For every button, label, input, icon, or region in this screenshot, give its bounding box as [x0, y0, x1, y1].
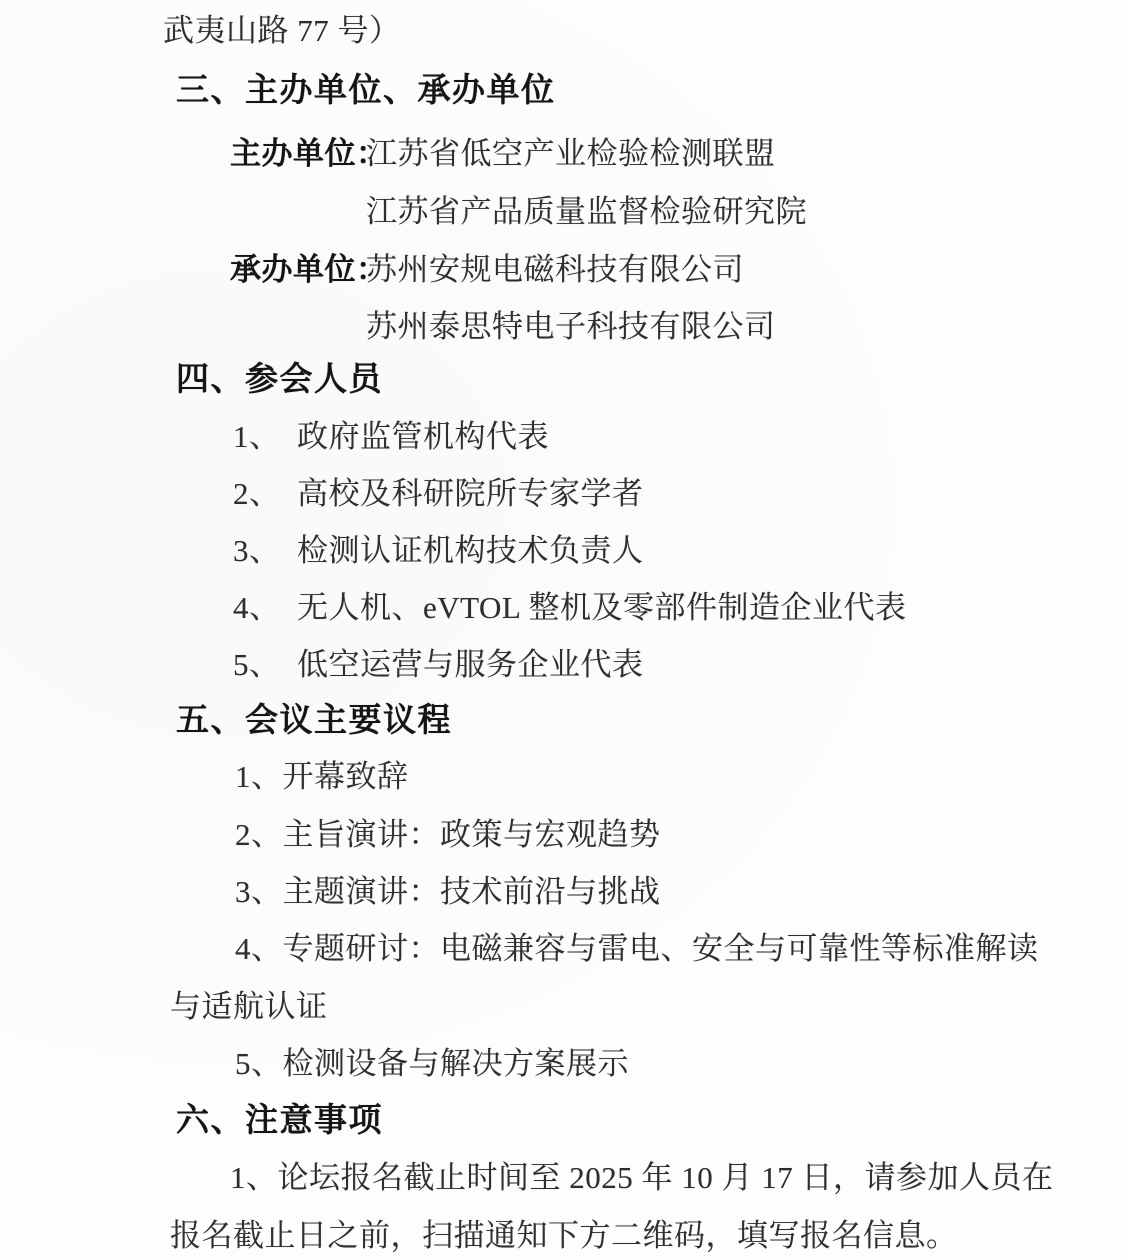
- agenda-item-5: 5、检测设备与解决方案展示: [235, 1046, 629, 1082]
- host-unit-name-2: 江苏省产品质量监督检验研究院: [366, 194, 807, 230]
- agenda-item-4-continuation: 与适航认证: [170, 989, 328, 1025]
- section-5-heading: 五、会议主要议程: [176, 701, 452, 739]
- notice-line-2: 报名截止日之前，扫描通知下方二维码，填写报名信息。: [170, 1218, 958, 1254]
- attendee-item-3: 3、检测认证机构技术负责人: [233, 533, 644, 569]
- host-unit-name-1: 江苏省低空产业检验检测联盟: [366, 136, 776, 172]
- attendee-item-4-text: 无人机、eVTOL 整机及零部件制造企业代表: [297, 590, 906, 625]
- document-page: 武夷山路 77 号） 三、主办单位、承办单位 主办单位： 江苏省低空产业检验检测…: [0, 0, 1128, 1259]
- attendee-item-2-number: 2、: [233, 476, 297, 512]
- agenda-item-2: 2、主旨演讲：政策与宏观趋势: [235, 817, 661, 853]
- attendee-item-4: 4、无人机、eVTOL 整机及零部件制造企业代表: [233, 590, 906, 626]
- organizer-unit-name-2: 苏州泰思特电子科技有限公司: [366, 309, 776, 345]
- organizer-unit-name-1: 苏州安规电磁科技有限公司: [366, 252, 744, 288]
- host-unit-label: 主办单位：: [230, 136, 388, 172]
- agenda-item-4: 4、专题研讨：电磁兼容与雷电、安全与可靠性等标准解读: [235, 931, 1039, 967]
- attendee-item-2-text: 高校及科研院所专家学者: [297, 476, 644, 511]
- section-6-heading: 六、注意事项: [176, 1101, 383, 1139]
- attendee-item-4-number: 4、: [233, 590, 297, 626]
- notice-line-1: 1、论坛报名截止时间至 2025 年 10 月 17 日，请参加人员在: [230, 1160, 1054, 1196]
- attendee-item-1: 1、政府监管机构代表: [233, 419, 549, 455]
- agenda-item-1: 1、开幕致辞: [235, 759, 409, 795]
- address-continuation-line: 武夷山路 77 号）: [163, 13, 401, 49]
- section-3-heading: 三、主办单位、承办单位: [176, 71, 556, 109]
- organizer-unit-label: 承办单位：: [230, 252, 388, 288]
- section-4-heading: 四、参会人员: [176, 360, 383, 398]
- attendee-item-5-text: 低空运营与服务企业代表: [297, 647, 644, 682]
- attendee-item-1-number: 1、: [233, 419, 297, 455]
- attendee-item-3-number: 3、: [233, 533, 297, 569]
- attendee-item-3-text: 检测认证机构技术负责人: [297, 533, 644, 568]
- attendee-item-1-text: 政府监管机构代表: [297, 419, 549, 454]
- attendee-item-5: 5、低空运营与服务企业代表: [233, 647, 644, 683]
- agenda-item-3: 3、主题演讲：技术前沿与挑战: [235, 874, 661, 910]
- attendee-item-2: 2、高校及科研院所专家学者: [233, 476, 644, 512]
- attendee-item-5-number: 5、: [233, 647, 297, 683]
